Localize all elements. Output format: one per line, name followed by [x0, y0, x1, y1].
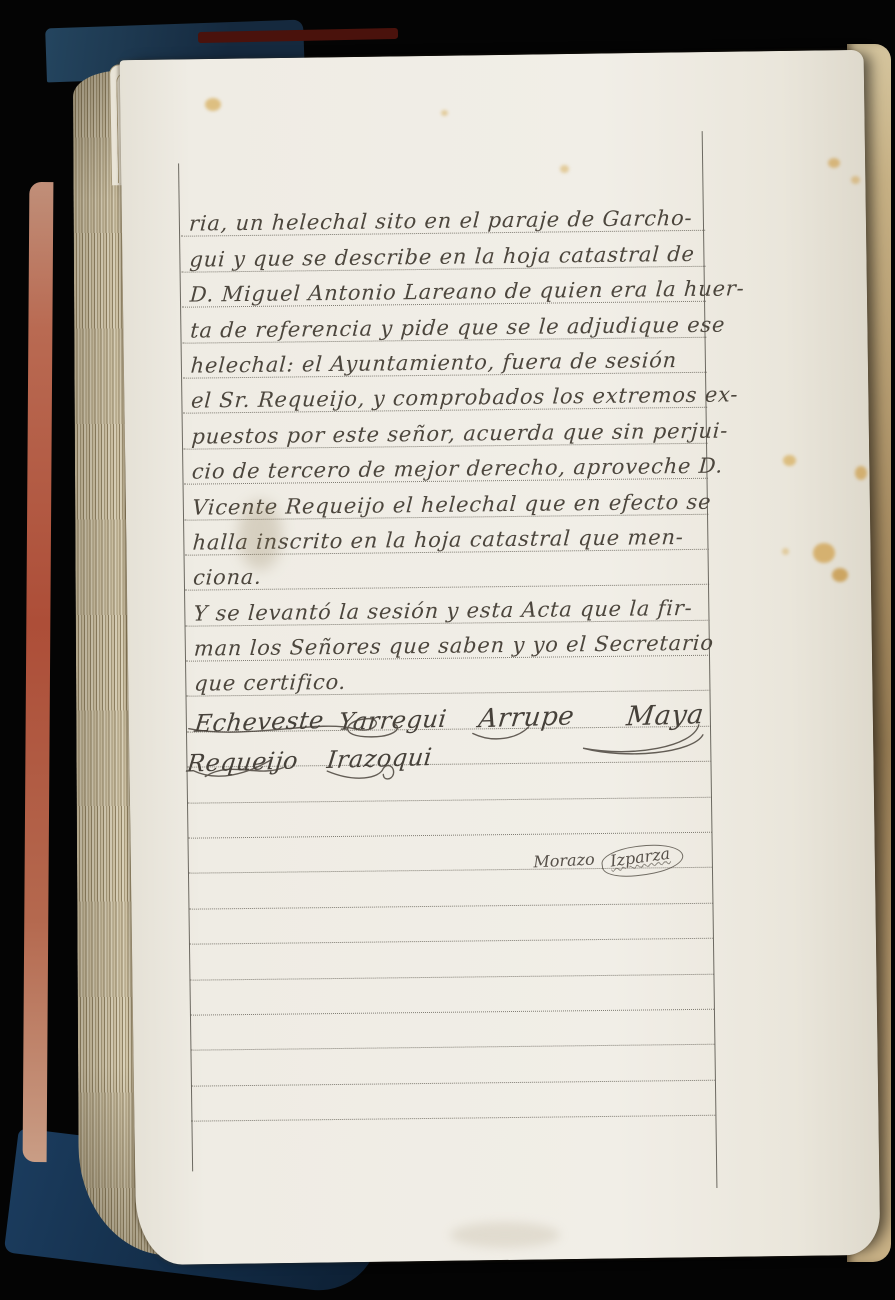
- manuscript-line: cio de tercero de mejor derecho, aprovec…: [184, 444, 708, 485]
- manuscript-line-text: Y se levantó la sesión y esta Acta que l…: [193, 598, 693, 625]
- foxing-stain: [560, 165, 569, 173]
- manuscript-line: ria, un helechal sito en el paraje de Ga…: [181, 196, 705, 237]
- manuscript-line-text: gui y que se describe en la hoja catastr…: [189, 244, 695, 271]
- empty-ruled-line: [187, 762, 711, 803]
- manuscript-line: gui y que se describe en la hoja catastr…: [181, 231, 705, 272]
- manuscript-line-text: man los Señores que saben y yo el Secret…: [193, 633, 714, 660]
- foxing-stain: [783, 455, 796, 466]
- manuscript-line: D. Miguel Antonio Lareano de quien era l…: [182, 267, 706, 308]
- manuscript-line: el Sr. Requeijo, y comprobados los extre…: [183, 373, 707, 414]
- foxing-stain: [441, 110, 448, 116]
- writing-area: ria, un helechal sito en el paraje de Ga…: [181, 196, 715, 1122]
- foxing-stain: [832, 568, 848, 582]
- manuscript-line-text: ciona.: [192, 567, 262, 589]
- signature-row-2: Requeijo Irazoqui: [187, 727, 711, 768]
- manuscript-line: helechal: el Ayuntamiento, fuera de sesi…: [182, 337, 706, 378]
- manuscript-line: Y se levantó la sesión y esta Acta que l…: [185, 585, 709, 626]
- manuscript-page: ria, un helechal sito en el paraje de Ga…: [120, 50, 881, 1265]
- manuscript-line: que certifico.: [186, 656, 710, 697]
- signature-row-1: Echeveste Yarregui Arrupe Maya: [186, 691, 710, 732]
- foxing-stain: [205, 98, 221, 111]
- empty-ruled-line: [190, 974, 714, 1015]
- annotation-line: Morazo Izparza: [188, 833, 712, 874]
- manuscript-line-text: que certifico.: [194, 672, 347, 695]
- manuscript-line: man los Señores que saben y yo el Secret…: [186, 620, 710, 661]
- foxing-stain: [828, 158, 840, 168]
- manuscript-line-text: helechal: el Ayuntamiento, fuera de sesi…: [190, 350, 678, 377]
- foxing-stain: [851, 176, 860, 184]
- empty-ruled-line: [189, 904, 713, 945]
- manuscript-line: ta de referencia y pide que se le adjudi…: [182, 302, 706, 343]
- edge-smudge: [238, 500, 282, 570]
- foxing-stain: [855, 466, 867, 480]
- marginal-annotation-part1: Morazo: [533, 850, 595, 872]
- marginal-annotation: Morazo Izparza: [533, 844, 684, 871]
- photo-scene: ria, un helechal sito en el paraje de Ga…: [0, 0, 895, 1300]
- empty-ruled-line: [188, 868, 712, 909]
- empty-ruled-line: [190, 1045, 714, 1086]
- book-red-fore-edge: [23, 182, 54, 1162]
- empty-ruled-line: [188, 797, 712, 838]
- shadow-smudge: [450, 1222, 560, 1248]
- foxing-stain: [813, 543, 835, 563]
- manuscript-line: puestos por este señor, acuerda que sin …: [183, 408, 707, 449]
- empty-ruled-line: [191, 1080, 715, 1121]
- empty-ruled-line: [189, 939, 713, 980]
- manuscript-line-text: ria, un helechal sito en el paraje de Ga…: [188, 208, 693, 235]
- empty-ruled-line: [190, 1010, 714, 1051]
- foxing-stain: [782, 548, 789, 555]
